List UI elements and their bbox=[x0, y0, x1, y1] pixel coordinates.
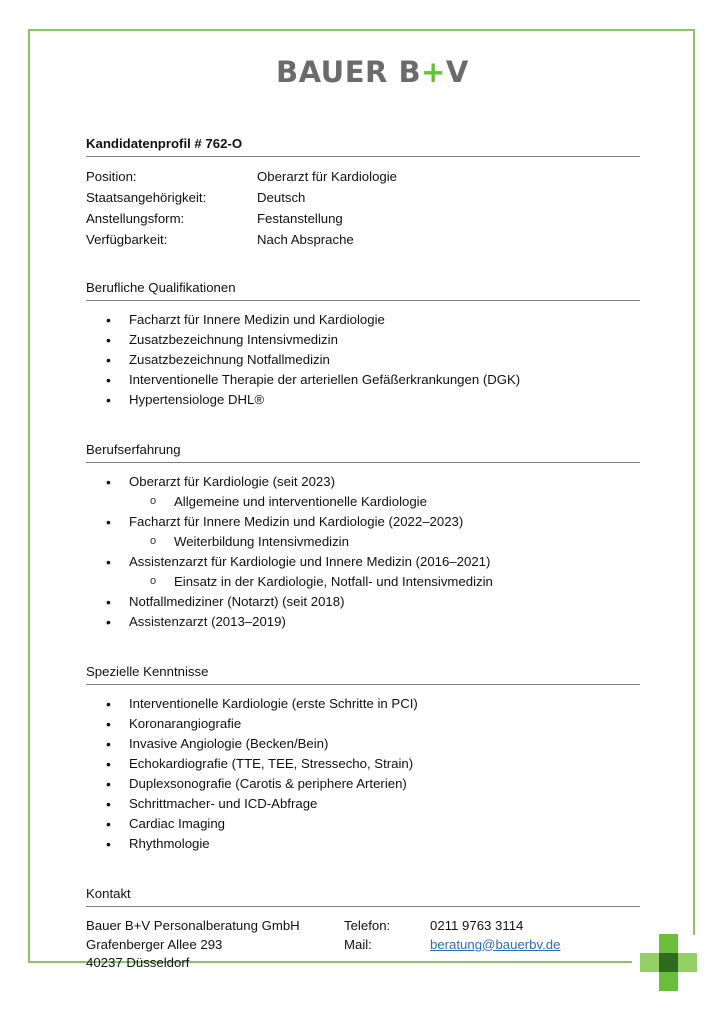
divider bbox=[86, 300, 640, 301]
phone-label: Telefon: bbox=[344, 917, 430, 936]
city-address: 40237 Düsseldorf bbox=[86, 954, 344, 973]
list-item: Invasive Angiologie (Becken/Bein) bbox=[86, 734, 640, 754]
mail-label: Mail: bbox=[344, 936, 430, 955]
list-item: Interventionelle Kardiologie (erste Schr… bbox=[86, 694, 640, 714]
list-item: Assistenzarzt für Kardiologie und Innere… bbox=[86, 552, 640, 572]
list-item: Echokardiografie (TTE, TEE, Stressecho, … bbox=[86, 754, 640, 774]
contact-labels: Telefon: Mail: bbox=[344, 917, 430, 973]
contact-block: Bauer B+V Personalberatung GmbH Grafenbe… bbox=[86, 917, 640, 973]
mail-link[interactable]: beratung@bauerbv.de bbox=[430, 937, 560, 952]
field-label: Staatsangehörigkeit: bbox=[86, 187, 257, 208]
skills-list: Interventionelle Kardiologie (erste Schr… bbox=[86, 694, 640, 854]
profile-document: Kandidatenprofil # 762-O Position:Oberar… bbox=[86, 128, 640, 973]
field-value: Nach Absprache bbox=[257, 229, 354, 250]
list-item: Rhythmologie bbox=[86, 834, 640, 854]
list-item: Zusatzbezeichnung Intensivmedizin bbox=[86, 330, 640, 350]
field-label: Anstellungsform: bbox=[86, 208, 257, 229]
field-value: Deutsch bbox=[257, 187, 305, 208]
brand-logo: BAUER B+V bbox=[276, 55, 469, 89]
contact-address: Bauer B+V Personalberatung GmbH Grafenbe… bbox=[86, 917, 344, 973]
skills-heading: Spezielle Kenntnisse bbox=[86, 662, 640, 682]
logo-plus-icon: + bbox=[421, 55, 446, 89]
qualifications-heading: Berufliche Qualifikationen bbox=[86, 278, 640, 298]
list-item: Koronarangiografie bbox=[86, 714, 640, 734]
list-item: Duplexsonografie (Carotis & periphere Ar… bbox=[86, 774, 640, 794]
sub-list-item: Weiterbildung Intensivmedizin bbox=[86, 532, 640, 552]
field-availability: Verfügbarkeit:Nach Absprache bbox=[86, 229, 640, 250]
list-item: Hypertensiologe DHL® bbox=[86, 390, 640, 410]
field-employment-type: Anstellungsform:Festanstellung bbox=[86, 208, 640, 229]
divider bbox=[86, 684, 640, 685]
logo-text-right: V bbox=[446, 55, 469, 89]
phone-number: 0211 9763 3114 bbox=[430, 917, 560, 936]
contact-values: 0211 9763 3114 beratung@bauerbv.de bbox=[430, 917, 560, 973]
experience-heading: Berufserfahrung bbox=[86, 440, 640, 460]
list-item: Zusatzbezeichnung Notfallmedizin bbox=[86, 350, 640, 370]
list-item: Schrittmacher- und ICD-Abfrage bbox=[86, 794, 640, 814]
field-label: Position: bbox=[86, 166, 257, 187]
profile-fields: Position:Oberarzt für Kardiologie Staats… bbox=[86, 166, 640, 250]
company-name: Bauer B+V Personalberatung GmbH bbox=[86, 917, 344, 936]
divider bbox=[86, 156, 640, 157]
list-item: Oberarzt für Kardiologie (seit 2023) bbox=[86, 472, 640, 492]
field-value: Festanstellung bbox=[257, 208, 343, 229]
list-item: Facharzt für Innere Medizin und Kardiolo… bbox=[86, 310, 640, 330]
sub-list-item: Allgemeine und interventionelle Kardiolo… bbox=[86, 492, 640, 512]
divider bbox=[86, 906, 640, 907]
qualifications-list: Facharzt für Innere Medizin und Kardiolo… bbox=[86, 310, 640, 410]
sub-list-item: Einsatz in der Kardiologie, Notfall- und… bbox=[86, 572, 640, 592]
field-label: Verfügbarkeit: bbox=[86, 229, 257, 250]
list-item: Interventionelle Therapie der arterielle… bbox=[86, 370, 640, 390]
profile-title: Kandidatenprofil # 762-O bbox=[86, 134, 640, 154]
divider bbox=[86, 462, 640, 463]
field-position: Position:Oberarzt für Kardiologie bbox=[86, 166, 640, 187]
experience-list: Oberarzt für Kardiologie (seit 2023) All… bbox=[86, 472, 640, 632]
field-nationality: Staatsangehörigkeit:Deutsch bbox=[86, 187, 640, 208]
logo-text-left: BAUER B bbox=[276, 55, 421, 89]
green-cross-icon bbox=[640, 934, 697, 991]
list-item: Assistenzarzt (2013–2019) bbox=[86, 612, 640, 632]
field-value: Oberarzt für Kardiologie bbox=[257, 166, 397, 187]
contact-heading: Kontakt bbox=[86, 884, 640, 904]
list-item: Notfallmediziner (Notarzt) (seit 2018) bbox=[86, 592, 640, 612]
list-item: Facharzt für Innere Medizin und Kardiolo… bbox=[86, 512, 640, 532]
list-item: Cardiac Imaging bbox=[86, 814, 640, 834]
street-address: Grafenberger Allee 293 bbox=[86, 936, 344, 955]
